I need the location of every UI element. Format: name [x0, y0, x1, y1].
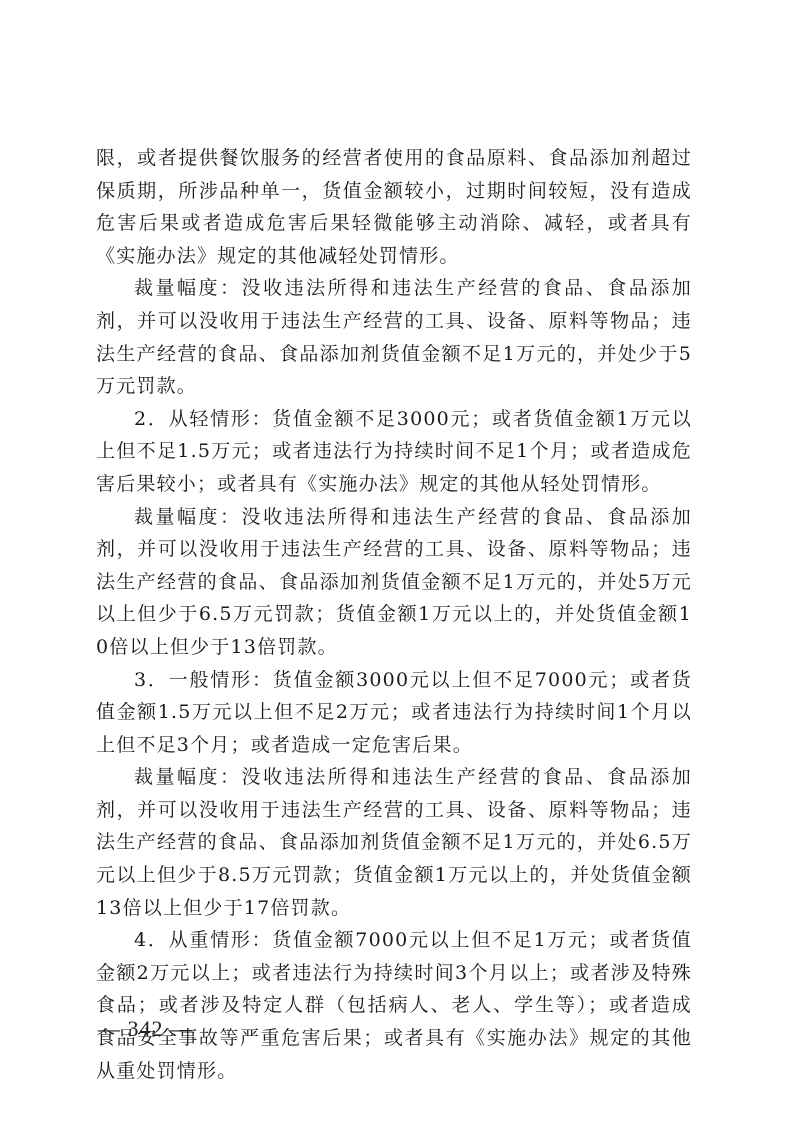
page-number: — 342 — [98, 1016, 193, 1042]
paragraph-lenient-case: 2．从轻情形：货值金额不足3000元；或者货值金额1万元以上但不足1.5万元；或… [96, 403, 692, 501]
paragraph-aggravated-case: 4．从重情形：货值金额7000元以上但不足1万元；或者货值金额2万元以上；或者违… [96, 924, 692, 1087]
paragraph-general-case: 3．一般情形：货值金额3000元以上但不足7000元；或者货值金额1.5万元以上… [96, 664, 692, 762]
document-body: 限，或者提供餐饮服务的经营者使用的食品原料、食品添加剂超过保质期，所涉品种单一，… [96, 142, 692, 1087]
paragraph-penalty-range-mitigated: 裁量幅度：没收违法所得和违法生产经营的食品、食品添加剂，并可以没收用于违法生产经… [96, 272, 692, 402]
paragraph-penalty-range-general: 裁量幅度：没收违法所得和违法生产经营的食品、食品添加剂，并可以没收用于违法生产经… [96, 761, 692, 924]
paragraph-penalty-range-lenient: 裁量幅度：没收违法所得和违法生产经营的食品、食品添加剂，并可以没收用于违法生产经… [96, 501, 692, 664]
paragraph-mitigation-continuation: 限，或者提供餐饮服务的经营者使用的食品原料、食品添加剂超过保质期，所涉品种单一，… [96, 142, 692, 272]
